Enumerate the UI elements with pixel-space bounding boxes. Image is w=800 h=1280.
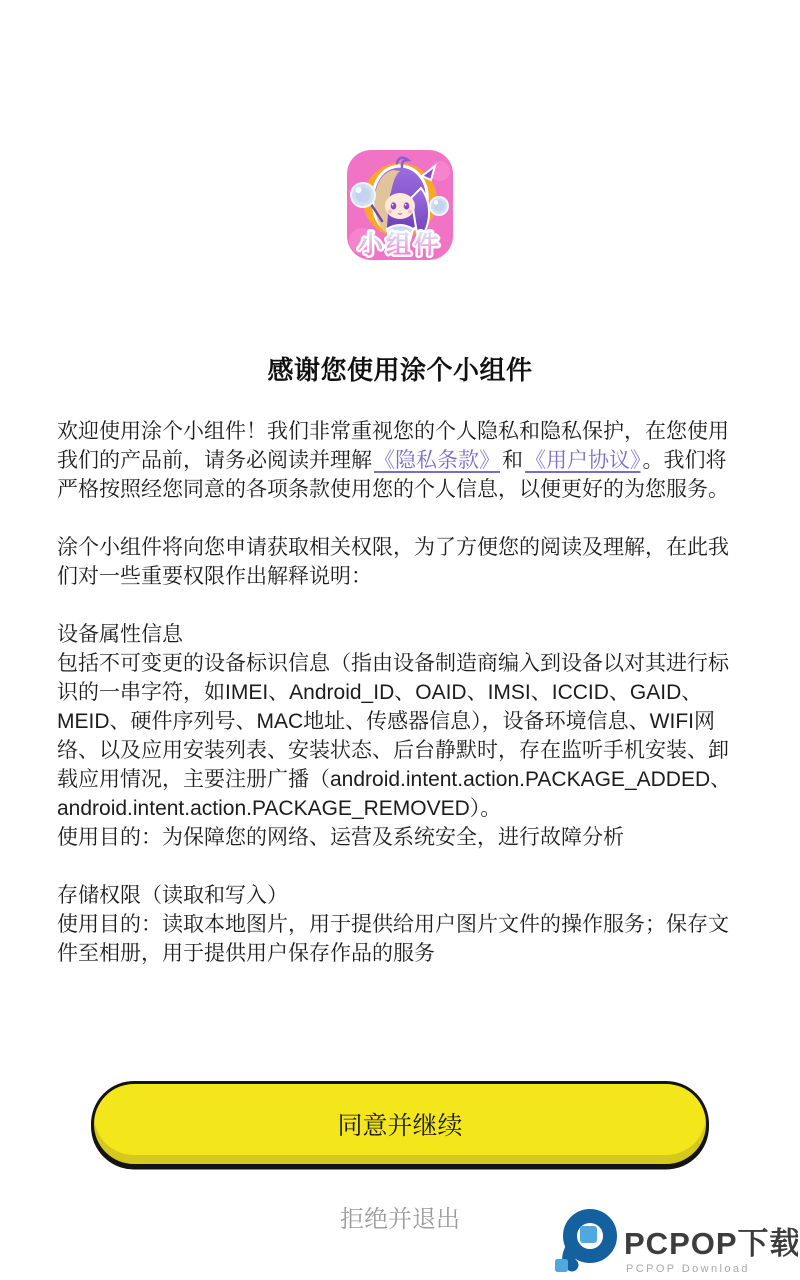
watermark-subtitle: PCPOP Download xyxy=(626,1263,750,1275)
blush-right xyxy=(408,210,412,214)
storage-permission-section: 存储权限（读取和写入） 使用目的：读取本地图片，用于提供给用户图片文件的操作服务… xyxy=(57,881,744,968)
privacy-text: 欢迎使用涂个小组件！我们非常重视您的个人隐私和隐私保护，在您使用我们的产品前，请… xyxy=(57,417,744,968)
intro-text-2: 和 xyxy=(502,449,523,472)
storage-permission-heading: 存储权限（读取和写入） xyxy=(57,881,744,910)
user-agreement-link[interactable]: 《用户协议》 xyxy=(525,449,641,472)
device-info-section: 设备属性信息 包括不可变更的设备标识信息（指由设备制造商编入到设备以对其进行标识… xyxy=(57,620,744,852)
app-icon-label: 小组件 xyxy=(358,231,442,259)
watermark-brand: PCPOP下载 xyxy=(624,1226,798,1261)
privacy-policy-link[interactable]: 《隐私条款》 xyxy=(374,449,500,472)
app-icon: 小组件 xyxy=(347,150,453,260)
device-info-purpose: 使用目的：为保障您的网络、运营及系统安全，进行故障分析 xyxy=(57,823,744,852)
app-icon-container: 小组件 xyxy=(0,0,800,260)
bubble-right-highlight xyxy=(434,200,438,204)
blush-left xyxy=(388,210,392,214)
privacy-consent-screen: 小组件 感谢您使用涂个小组件 欢迎使用涂个小组件！我们非常重视您的个人隐私和隐私… xyxy=(0,0,800,1280)
eye-left xyxy=(391,202,397,209)
permissions-intro-paragraph: 涂个小组件将向您申请获取相关权限，为了方便您的阅读及理解，在此我们对一些重要权限… xyxy=(57,533,744,591)
bubble-left-highlight xyxy=(356,187,362,193)
eye-glint xyxy=(392,204,394,206)
device-info-heading: 设备属性信息 xyxy=(57,620,744,649)
pcpop-logo-icon xyxy=(555,1216,610,1272)
pcpop-watermark: PCPOP下载 PCPOP Download xyxy=(552,1206,798,1280)
face xyxy=(385,193,415,219)
storage-permission-purpose: 使用目的：读取本地图片，用于提供给用户图片文件的操作服务；保存文件至相册，用于提… xyxy=(57,910,744,968)
page-title: 感谢您使用涂个小组件 xyxy=(0,350,800,387)
agree-button[interactable]: 同意并继续 xyxy=(91,1081,709,1167)
device-info-body: 包括不可变更的设备标识信息（指由设备制造商编入到设备以对其进行标识的一串字符，如… xyxy=(57,649,744,823)
eye-glint xyxy=(405,204,407,206)
intro-paragraph: 欢迎使用涂个小组件！我们非常重视您的个人隐私和隐私保护，在您使用我们的产品前，请… xyxy=(57,417,744,504)
eye-right xyxy=(404,202,410,209)
